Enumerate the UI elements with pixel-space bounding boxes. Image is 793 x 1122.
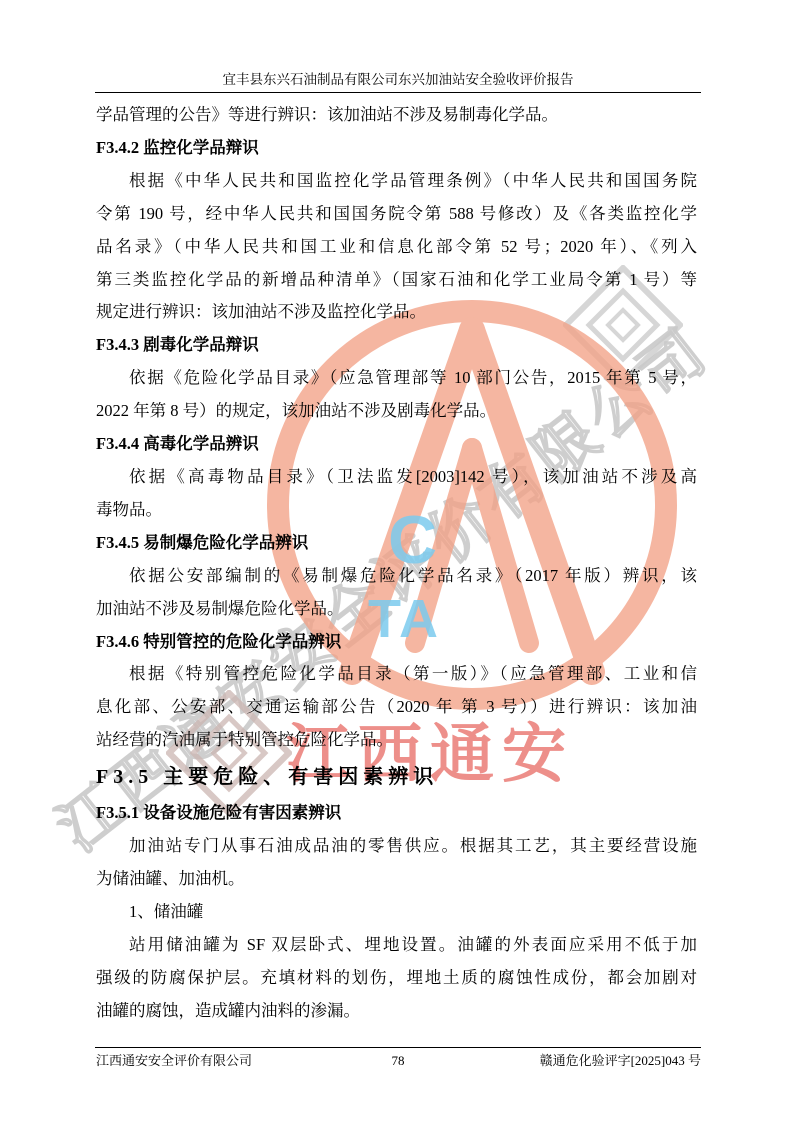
text-line: 依据公安部编制的《易制爆危险化学品名录》（2017 年版）辨识，该 <box>96 560 697 593</box>
document-body: 学品管理的公告》等进行辨识：该加油站不涉及易制毒化学品。F3.4.2 监控化学品… <box>96 99 697 1027</box>
text-line: 第三类监控化学品的新增品种清单》（国家石油和化学工业局令第 1 号）等 <box>96 264 697 297</box>
section-heading: F3.4.5 易制爆危险化学品辨识 <box>96 527 697 560</box>
text-line: 依据《危险化学品目录》（应急管理部等 10 部门公告，2015 年第 5 号， <box>96 362 697 395</box>
section-heading: F3.4.6 特别管控的危险化学品辨识 <box>96 626 697 659</box>
text-line: 根据《特别管控危险化学品目录（第一版）》（应急管理部、工业和信 <box>96 658 697 691</box>
text-line: 1、储油罐 <box>96 896 697 929</box>
text-line: 学品管理的公告》等进行辨识：该加油站不涉及易制毒化学品。 <box>96 99 697 132</box>
text-line: 规定进行辨识：该加油站不涉及监控化学品。 <box>96 296 697 329</box>
report-page: 江西通安安全评价有限公司 C TA 江西通安 宜丰县东兴石油制品有限公司东兴加油… <box>0 0 793 1122</box>
section-heading: F3.4.2 监控化学品辩识 <box>96 132 697 165</box>
text-line: 强级的防腐保护层。充填材料的划伤，埋地土质的腐蚀性成份，都会加剧对 <box>96 962 697 995</box>
text-line: 加油站不涉及易制爆危险化学品。 <box>96 593 697 626</box>
text-line: 令第 190 号，经中华人民共和国国务院令第 588 号修改）及《各类监控化学 <box>96 198 697 231</box>
footer-company: 江西通安安全评价有限公司 <box>96 1053 252 1069</box>
page-number: 78 <box>392 1053 405 1069</box>
text-line: 根据《中华人民共和国监控化学品管理条例》（中华人民共和国国务院 <box>96 165 697 198</box>
section-heading: F3.5 主要危险、有害因素辨识 <box>96 757 697 797</box>
page-footer: 江西通安安全评价有限公司 78 赣通危化验评字[2025]043 号 <box>95 1047 701 1053</box>
text-line: 依据《高毒物品目录》（卫法监发[2003]142 号），该加油站不涉及高 <box>96 461 697 494</box>
page-header: 宜丰县东兴石油制品有限公司东兴加油站安全验收评价报告 <box>95 70 701 93</box>
text-line: 为储油罐、加油机。 <box>96 863 697 896</box>
text-line: 2022 年第 8 号）的规定，该加油站不涉及剧毒化学品。 <box>96 395 697 428</box>
text-line: 站用储油罐为 SF 双层卧式、埋地设置。油罐的外表面应采用不低于加 <box>96 929 697 962</box>
text-line: 毒物品。 <box>96 494 697 527</box>
text-line: 油罐的腐蚀，造成罐内油料的渗漏。 <box>96 995 697 1028</box>
text-line: 息化部、公安部、交通运输部公告（2020 年 第 3 号））进行辨识：该加油 <box>96 691 697 724</box>
section-heading: F3.4.4 高毒化学品辨识 <box>96 428 697 461</box>
section-heading: F3.4.3 剧毒化学品辩识 <box>96 329 697 362</box>
report-title: 宜丰县东兴石油制品有限公司东兴加油站安全验收评价报告 <box>223 72 574 87</box>
text-line: 加油站专门从事石油成品油的零售供应。根据其工艺，其主要经营设施 <box>96 830 697 863</box>
text-line: 站经营的汽油属于特别管控危险化学品。 <box>96 724 697 757</box>
footer-doc-number: 赣通危化验评字[2025]043 号 <box>540 1053 701 1069</box>
text-line: 品名录》（中华人民共和国工业和信息化部令第 52 号；2020 年）、《列入 <box>96 231 697 264</box>
section-heading: F3.5.1 设备设施危险有害因素辨识 <box>96 797 697 830</box>
